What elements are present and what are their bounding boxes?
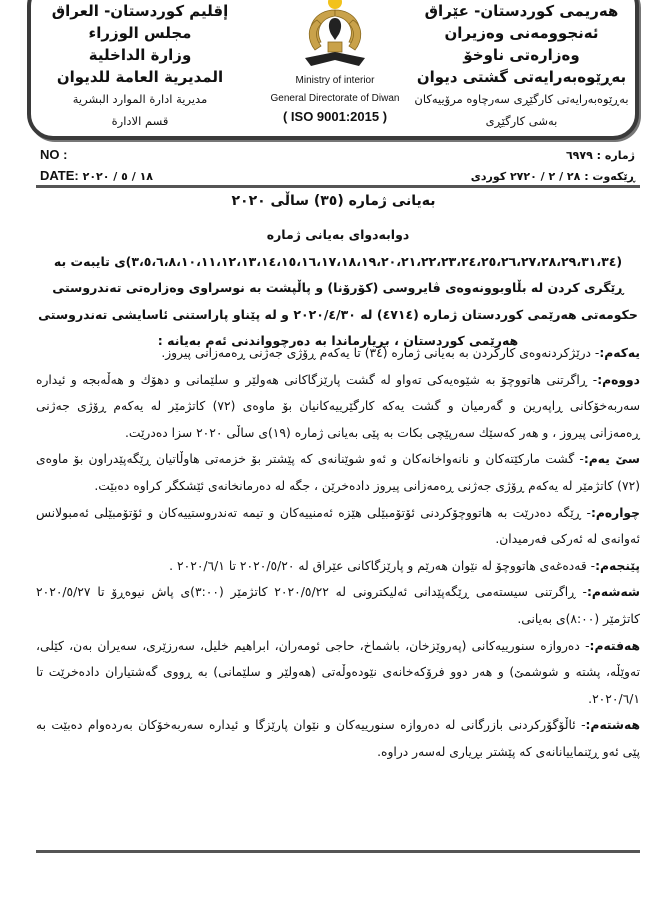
- arabic-header: إقليم كوردستان- العراق مجلس الوزراء وزار…: [40, 0, 240, 132]
- document-title: بەیانی ژمارە (٣٥) ساڵی ٢٠٢٠: [0, 193, 667, 209]
- clause-3: سێ یەم:- گشت مارکێتەکان و نانەواخانەکان …: [36, 446, 640, 499]
- arabic-council: مجلس الوزراء: [40, 22, 240, 44]
- footer-divider: [36, 850, 640, 853]
- arabic-region: إقليم كوردستان- العراق: [40, 0, 240, 22]
- kurdish-ministry: وەزارەتی ناوخۆ: [404, 44, 639, 66]
- date-value: ١٨ / ٥ / ٢٠٢٠: [83, 170, 153, 183]
- kurdish-hr-directorate: بەڕێوەبەرایەتی کارگێڕی سەرچاوە مرۆییەکان: [404, 88, 639, 110]
- kurdish-directorate: بەڕێوەبەرایەتی گشتی دیوان: [404, 66, 639, 88]
- clause-6: شەشەم:- ڕاگرتنی سیستەمی ڕێگەپێدانی ئەلیک…: [36, 579, 640, 632]
- reference-number: ژمارە : ٦٩٧٩: [566, 149, 635, 162]
- document-body: یەکەم:- درێژکردنەوەی کارکردن بە بەیانی ژ…: [36, 340, 640, 766]
- letterhead-center: Ministry of interior General Directorate…: [262, 0, 408, 126]
- directorate-english: General Directorate of Diwan: [262, 90, 408, 108]
- no-label: NO :: [40, 147, 67, 162]
- clause-1: یەکەم:- درێژکردنەوەی کارکردن بە بەیانی ژ…: [36, 340, 640, 367]
- kurdish-department: بەشی کارگێڕی: [404, 110, 639, 132]
- clause-7: هەفتەم:- دەروازە سنورییەکانی (پەروێزخان،…: [36, 633, 640, 713]
- kurdish-region: هەریمی کوردستان- عێراق: [404, 0, 639, 22]
- arabic-hr-directorate: مديرية ادارة الموارد البشرية: [40, 88, 240, 110]
- ministry-english: Ministry of interior: [262, 72, 408, 90]
- kurdish-council: ئەنجوومەنی وەزیران: [404, 22, 639, 44]
- kurdish-date: ڕێکەوت : ٢٨ / ٢ / ٢٧٢٠ کوردی: [471, 170, 635, 183]
- header-divider: [36, 185, 640, 188]
- clause-8: هەشتەم:- ئاڵۆگۆرکردنی بازرگانی لە دەرواز…: [36, 712, 640, 765]
- arabic-ministry: وزارة الداخلية: [40, 44, 240, 66]
- kurdish-header: هەریمی کوردستان- عێراق ئەنجوومەنی وەزیرا…: [404, 0, 639, 132]
- date-field: DATE: ١٨ / ٥ / ٢٠٢٠: [40, 168, 153, 183]
- clause-2: دووەم:- ڕاگرتنی هاتووچۆ بە شێوەیەکی تەوا…: [36, 367, 640, 447]
- arabic-department: قسم الادارة: [40, 110, 240, 132]
- clause-5: پێنجەم:- قەدەغەی هاتووچۆ لە نێوان هەرێم …: [36, 553, 640, 580]
- clause-4: چوارەم:- ڕێگە دەدرێت بە هاتووچۆکردنی ئۆت…: [36, 500, 640, 553]
- iso-certification: ( ISO 9001:2015 ): [262, 108, 408, 126]
- kurdistan-emblem-logo: [295, 0, 375, 72]
- arabic-directorate: المديرية العامة للديوان: [40, 66, 240, 88]
- document-intro: دوابەدوای بەیانی ژمارە (٣،٥،٦،٨،١٠،١١،١٢…: [36, 222, 640, 355]
